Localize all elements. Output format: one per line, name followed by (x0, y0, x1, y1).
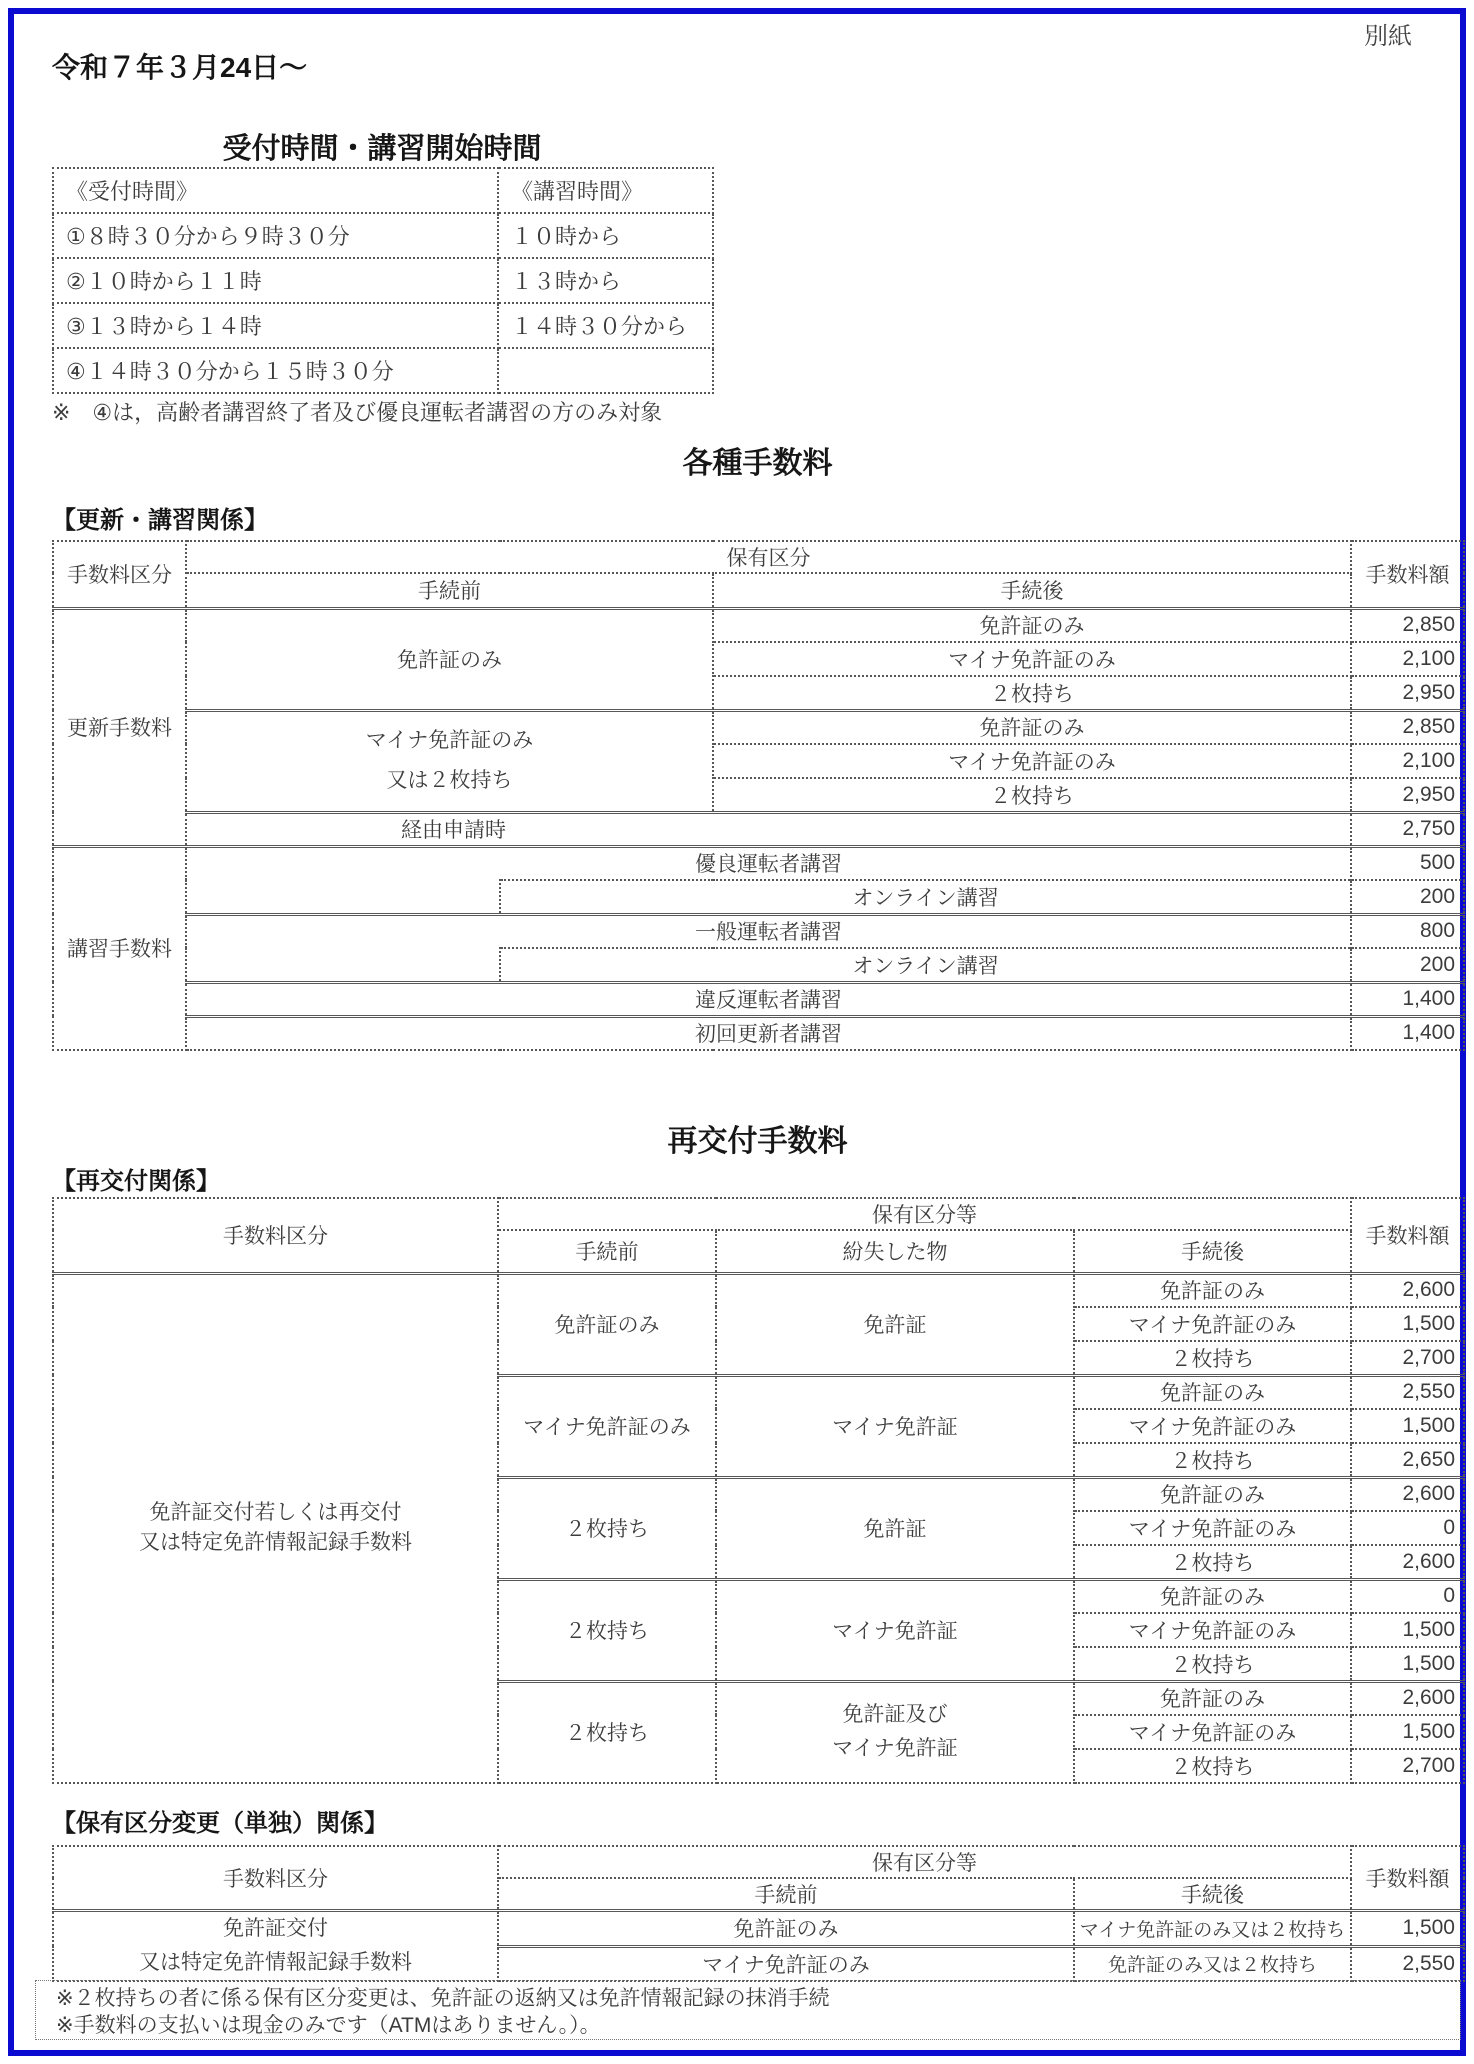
after-cell: ２枚持ち (1074, 1545, 1351, 1579)
amount-cell: 2,700 (1351, 1341, 1464, 1375)
amount-cell: 2,950 (1351, 676, 1464, 710)
lost-item-cell: マイナ免許証 (716, 1375, 1074, 1477)
header-after-cell: 手続後 (1074, 1878, 1351, 1911)
amount-cell: 0 (1351, 1511, 1464, 1545)
after-cell: ２枚持ち (1074, 1443, 1351, 1477)
amount-cell: 2,950 (1351, 778, 1464, 812)
table-row: 講習手数料 優良運転者講習 500 (53, 846, 1464, 880)
footnote-line: ※２枚持ちの者に係る保有区分変更は、免許証の返納又は免許情報記録の抹消手続 (56, 1985, 1460, 2012)
table-row: ②１０時から１１時 １３時から (53, 258, 713, 303)
table-row: 手数料区分 保有区分 手数料額 (53, 541, 1464, 573)
amount-cell: 2,100 (1351, 642, 1464, 676)
before-cell: ２枚持ち (498, 1477, 716, 1579)
amount-cell: 2,100 (1351, 744, 1464, 778)
amount-cell: 1,500 (1351, 1715, 1464, 1749)
amount-cell: 1,400 (1351, 1016, 1464, 1050)
lecture-type-cell: 初回更新者講習 (186, 1016, 1351, 1050)
footnote-box: ※２枚持ちの者に係る保有区分変更は、免許証の返納又は免許情報記録の抹消手続 ※手… (35, 1980, 1461, 2040)
table-row: 違反運転者講習 1,400 (53, 982, 1464, 1016)
after-cell: 免許証のみ (1074, 1681, 1351, 1715)
table-row: 経由申請時 2,750 (53, 812, 1464, 846)
amount-cell: 2,600 (1351, 1545, 1464, 1579)
header-before-cell: 手続前 (498, 1878, 1074, 1911)
lecture-start-cell (498, 348, 713, 393)
after-cell: マイナ免許証のみ (1074, 1409, 1351, 1443)
after-cell: 免許証のみ又は２枚持ち (1074, 1946, 1351, 1981)
category-line2: 又は特定免許情報記録手数料 (54, 1946, 497, 1980)
header-category-cell: 手数料区分 (53, 1846, 498, 1911)
header-before-cell: 手続前 (498, 1230, 716, 1273)
amount-cell: 1,500 (1351, 1613, 1464, 1647)
reception-header-left: 《受付時間》 (53, 168, 498, 213)
after-cell: マイナ免許証のみ (1074, 1613, 1351, 1647)
before-cell: マイナ免許証のみ (498, 1946, 1074, 1981)
after-cell: マイナ免許証のみ (1074, 1511, 1351, 1545)
renewal-fees-table: 手数料区分 保有区分 手数料額 手続前 手続後 更新手数料 免許証のみ 免許証の… (52, 540, 1465, 1051)
table-row: オンライン講習 200 (53, 880, 1464, 914)
lecture-type-cell: 優良運転者講習 (186, 846, 1351, 880)
renewal-label-cell: 更新手数料 (53, 608, 186, 846)
header-amount-cell: 手数料額 (1351, 541, 1464, 608)
header-amount-cell: 手数料額 (1351, 1846, 1464, 1911)
table-row: ③１３時から１４時 １４時３０分から (53, 303, 713, 348)
reissue-fees-table: 手数料区分 保有区分等 手数料額 手続前 紛失した物 手続後 免許証交付若しくは… (52, 1197, 1465, 1784)
after-cell: ２枚持ち (1074, 1749, 1351, 1783)
reception-title: 受付時間・講習開始時間 (52, 126, 712, 167)
amount-cell: 1,500 (1351, 1647, 1464, 1681)
table-row: 手続前 手続後 (53, 573, 1464, 608)
online-lecture-cell: オンライン講習 (500, 880, 1351, 914)
reception-time-cell: ④１４時３０分から１５時３０分 (53, 348, 498, 393)
header-lost-cell: 紛失した物 (716, 1230, 1074, 1273)
amount-cell: 1,500 (1351, 1911, 1464, 1947)
after-cell: ２枚持ち (713, 778, 1351, 812)
after-cell: 免許証のみ (713, 608, 1351, 642)
category-line1: 免許証交付 (54, 1912, 497, 1946)
amount-cell: 2,600 (1351, 1273, 1464, 1307)
before-cell: マイナ免許証のみ (498, 1375, 716, 1477)
table-row: オンライン講習 200 (53, 948, 1464, 982)
amount-cell: 2,550 (1351, 1946, 1464, 1981)
amount-cell: 1,400 (1351, 982, 1464, 1016)
lost-item-cell: マイナ免許証 (716, 1579, 1074, 1681)
section-label-holding-change: 【保有区分変更（単独）関係】 (52, 1803, 388, 1838)
amount-cell: 200 (1351, 880, 1464, 914)
header-category-cell: 手数料区分 (53, 541, 186, 608)
date-heading: 令和７年３月24日～ (52, 46, 307, 86)
reissue-title: 再交付手数料 (52, 1116, 1463, 1160)
before-cell: ２枚持ち (498, 1681, 716, 1783)
table-row: 手数料区分 保有区分等 手数料額 (53, 1198, 1464, 1230)
after-cell: マイナ免許証のみ (1074, 1715, 1351, 1749)
after-cell: マイナ免許証のみ (713, 744, 1351, 778)
header-category-cell: 手数料区分 (53, 1198, 498, 1273)
lecture-type-cell: 一般運転者講習 (186, 914, 1351, 948)
table-row: ①８時３０分から９時３０分 １０時から (53, 213, 713, 258)
table-row: 手数料区分 保有区分等 手数料額 (53, 1846, 1464, 1878)
before-cell: ２枚持ち (498, 1579, 716, 1681)
before-cell: 免許証のみ (186, 608, 713, 710)
fees-title: 各種手数料 (52, 438, 1463, 482)
amount-cell: 2,700 (1351, 1749, 1464, 1783)
lecture-type-cell: 違反運転者講習 (186, 982, 1351, 1016)
amount-cell: 2,550 (1351, 1375, 1464, 1409)
before-cell-line1: マイナ免許証のみ (187, 721, 712, 761)
amount-cell: 1,500 (1351, 1409, 1464, 1443)
amount-cell: 500 (1351, 846, 1464, 880)
header-holding-cell: 保有区分等 (498, 1846, 1351, 1878)
reception-time-cell: ①８時３０分から９時３０分 (53, 213, 498, 258)
online-lecture-cell: オンライン講習 (500, 948, 1351, 982)
before-cell: 免許証のみ (498, 1911, 1074, 1947)
reception-note: ※ ④は，高齢者講習終了者及び優良運転者講習の方のみ対象 (52, 396, 662, 427)
reception-table: 《受付時間》 《講習時間》 ①８時３０分から９時３０分 １０時から ②１０時から… (52, 167, 714, 394)
reissue-category-cell: 免許証交付若しくは再交付 又は特定免許情報記録手数料 (53, 1273, 498, 1783)
empty-cell (186, 880, 500, 914)
document-page: 別紙 令和７年３月24日～ 受付時間・講習開始時間 《受付時間》 《講習時間》 … (0, 0, 1474, 2064)
after-cell: マイナ免許証のみ (1074, 1307, 1351, 1341)
before-cell-line2: 又は２枚持ち (187, 761, 712, 801)
footnote-line: ※手数料の支払いは現金のみです（ATMはありません。）。 (56, 2012, 1460, 2039)
amount-cell: 1,500 (1351, 1307, 1464, 1341)
after-cell: 免許証のみ (1074, 1477, 1351, 1511)
category-line1: 免許証交付若しくは再交付 (54, 1498, 497, 1528)
lost-item-line2: マイナ免許証 (717, 1732, 1073, 1766)
amount-cell: 2,600 (1351, 1477, 1464, 1511)
corner-label: 別紙 (1364, 16, 1412, 51)
amount-cell: 2,850 (1351, 710, 1464, 744)
reception-header-right: 《講習時間》 (498, 168, 713, 213)
lost-item-cell: 免許証及び マイナ免許証 (716, 1681, 1074, 1783)
holding-change-table: 手数料区分 保有区分等 手数料額 手続前 手続後 免許証交付 又は特定免許情報記… (52, 1845, 1465, 1982)
lost-item-line1: 免許証及び (717, 1698, 1073, 1732)
amount-cell: 2,750 (1351, 812, 1464, 846)
table-row: 一般運転者講習 800 (53, 914, 1464, 948)
amount-cell: 200 (1351, 948, 1464, 982)
amount-cell: 800 (1351, 914, 1464, 948)
category-line2: 又は特定免許情報記録手数料 (54, 1528, 497, 1558)
reception-time-cell: ③１３時から１４時 (53, 303, 498, 348)
header-after-cell: 手続後 (713, 573, 1351, 608)
table-row: 初回更新者講習 1,400 (53, 1016, 1464, 1050)
reception-time-cell: ②１０時から１１時 (53, 258, 498, 303)
empty-cell (186, 948, 500, 982)
lecture-label-cell: 講習手数料 (53, 846, 186, 1050)
via-application-cell: 経由申請時 (186, 812, 1351, 846)
before-cell: マイナ免許証のみ 又は２枚持ち (186, 710, 713, 812)
table-row: ④１４時３０分から１５時３０分 (53, 348, 713, 393)
lecture-start-cell: １０時から (498, 213, 713, 258)
header-after-cell: 手続後 (1074, 1230, 1351, 1273)
lost-item-cell: 免許証 (716, 1477, 1074, 1579)
header-amount-cell: 手数料額 (1351, 1198, 1464, 1273)
after-cell: ２枚持ち (1074, 1647, 1351, 1681)
after-cell: マイナ免許証のみ又は２枚持ち (1074, 1911, 1351, 1947)
after-cell: マイナ免許証のみ (713, 642, 1351, 676)
before-cell: 免許証のみ (498, 1273, 716, 1375)
after-cell: 免許証のみ (1074, 1273, 1351, 1307)
header-holding-cell: 保有区分等 (498, 1198, 1351, 1230)
lost-item-cell: 免許証 (716, 1273, 1074, 1375)
table-row: 《受付時間》 《講習時間》 (53, 168, 713, 213)
amount-cell: 2,650 (1351, 1443, 1464, 1477)
amount-cell: 2,600 (1351, 1681, 1464, 1715)
table-row: 免許証交付若しくは再交付 又は特定免許情報記録手数料 免許証のみ 免許証 免許証… (53, 1273, 1464, 1307)
header-holding-cell: 保有区分 (186, 541, 1351, 573)
table-row: マイナ免許証のみ 又は２枚持ち 免許証のみ 2,850 (53, 710, 1464, 744)
header-before-cell: 手続前 (186, 573, 713, 608)
after-cell: ２枚持ち (1074, 1341, 1351, 1375)
holding-category-cell: 免許証交付 又は特定免許情報記録手数料 (53, 1911, 498, 1982)
section-label-reissue: 【再交付関係】 (52, 1161, 220, 1196)
after-cell: 免許証のみ (1074, 1375, 1351, 1409)
table-row: 更新手数料 免許証のみ 免許証のみ 2,850 (53, 608, 1464, 642)
table-row: 免許証交付 又は特定免許情報記録手数料 免許証のみ マイナ免許証のみ又は２枚持ち… (53, 1911, 1464, 1947)
section-label-renewal: 【更新・講習関係】 (52, 500, 268, 535)
amount-cell: 0 (1351, 1579, 1464, 1613)
after-cell: 免許証のみ (713, 710, 1351, 744)
lecture-start-cell: １４時３０分から (498, 303, 713, 348)
after-cell: ２枚持ち (713, 676, 1351, 710)
after-cell: 免許証のみ (1074, 1579, 1351, 1613)
lecture-start-cell: １３時から (498, 258, 713, 303)
amount-cell: 2,850 (1351, 608, 1464, 642)
